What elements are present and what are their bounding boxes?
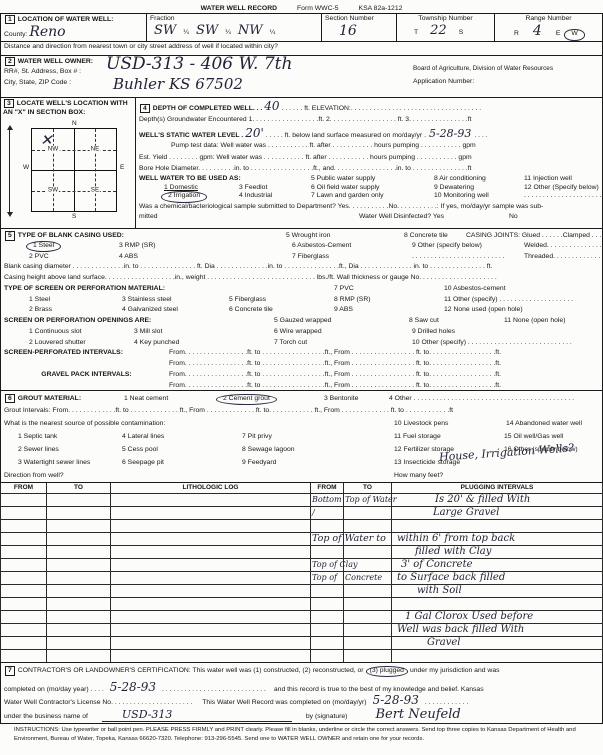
contamination-option: 2 Sewer lines	[18, 446, 122, 454]
owner-title: WATER WELL OWNER:	[18, 58, 93, 65]
business-name-label: under the business name of	[4, 713, 88, 721]
casing-option-steel-circled: 1 Steel	[26, 241, 61, 252]
sample-question-line: Was a chemical/bacteriological sample su…	[139, 202, 602, 214]
grout-title: GROUT MATERIAL:	[18, 395, 81, 402]
ne-quadrant-label: NE	[90, 145, 101, 153]
casing-joints-label: CASING JOINTS: Glued . . . . . .Clamped …	[466, 232, 603, 240]
agency-label: Board of Agriculture, Division of Water …	[413, 65, 553, 73]
table-row: BottomTop of WaterIs 20' & filled With	[1, 494, 603, 507]
section-box-diagram: NW NE SW SE ✕	[31, 128, 117, 212]
section-locator: 3LOCATE WELL'S LOCATION WITH AN "X" IN S…	[1, 98, 136, 228]
section-3-badge: 3	[4, 99, 14, 108]
depth-value: 40	[264, 99, 279, 114]
section-number-cell: Section Number 16	[321, 14, 396, 41]
table-header-row: FROM TO LITHOLOGIC LOG FROM TO PLUGGING …	[1, 483, 603, 494]
contamination-option: 3 Watertight sewer lines	[18, 459, 122, 467]
certification-text: CONTRACTOR'S OR LANDOWNER'S CERTIFICATIO…	[18, 667, 364, 675]
contamination-option: 7 Pit privy	[242, 433, 394, 441]
screen-option: 6 Concrete tile	[229, 306, 334, 314]
form-header: WATER WELL RECORD Form WWC-5 KSA 82a-121…	[0, 0, 603, 14]
se-quadrant-label: SE	[90, 186, 100, 194]
quarter-symbol: ¼	[225, 29, 231, 37]
disinfected-question: Water Well Disinfected? Yes	[359, 213, 509, 221]
section-locate-and-depth: 3LOCATE WELL'S LOCATION WITH AN "X" IN S…	[0, 97, 603, 229]
casing-title: TYPE OF BLANK CASING USED:	[18, 232, 124, 239]
completed-on-label: completed on (mo/day year) . . . .	[4, 686, 104, 694]
table-row: Top of Clay3' of Concrete	[1, 559, 603, 572]
plug-from-value: Top of Clay	[312, 561, 342, 569]
use-option: 6 Oil field water supply	[311, 184, 434, 192]
contamination-option: 15 Oil well/Gas well	[504, 433, 563, 441]
col-from: FROM	[1, 483, 47, 494]
range-e: E	[556, 30, 561, 38]
lithologic-log-table: FROM TO LITHOLOGIC LOG FROM TO PLUGGING …	[0, 482, 603, 663]
casing-option: 5 Wrought iron	[286, 232, 404, 240]
certification-text-cont: under my jurisdiction and was	[410, 667, 500, 675]
owner-city-value: Buhler KS 67502	[113, 75, 243, 94]
use-option: 3 Feedlot	[239, 184, 311, 192]
county-label: County:	[4, 31, 27, 38]
section-7-badge: 7	[5, 666, 15, 675]
use-option: 10 Monitoring well	[434, 192, 524, 200]
screen-option: 7 PVC	[334, 285, 444, 293]
license-number-label: Water Well Contractor's License No. . . …	[4, 699, 192, 707]
plug-interval-value: with Soil	[393, 586, 601, 596]
interval-blanks: From. . . . . . . . . . . . . . . . .ft.…	[169, 371, 501, 379]
static-level-mid: . . . . . ft. below land surface measure…	[266, 132, 426, 140]
range-value: 4	[533, 23, 542, 41]
casing-option: 7 Fiberglass	[292, 253, 412, 261]
contamination-option: 10 Livestock pens	[394, 420, 506, 428]
screen-option: 8 RMP (SR)	[334, 296, 444, 304]
grout-intervals-line: Grout Intervals: From. . . . . . . . . .…	[4, 405, 599, 418]
contamination-option: 9 Feedyard	[242, 459, 394, 467]
quarter-symbol: ¼	[183, 29, 189, 37]
opening-option: 9 Drilled holes	[412, 328, 455, 336]
range-label: Range Number	[525, 15, 571, 22]
use-option: 11 Injection well	[524, 175, 572, 183]
opening-option: 4 Key punched	[134, 339, 274, 347]
screen-option: 9 ABS	[334, 306, 444, 314]
screen-option: 2 Brass	[29, 306, 122, 314]
plug-to-value: Top of Water	[345, 496, 390, 504]
use-option: 9 Dewatering	[434, 184, 524, 192]
township-label: Township Number	[418, 15, 472, 22]
bore-hole-line: Bore Hole Diameter. . . . . . . . . .in.…	[139, 164, 602, 176]
section-number-value: 16	[339, 23, 357, 39]
plug-interval-value: 1 Gal Clorox Used before	[393, 612, 601, 622]
screen-option: 10 Asbestos-cement	[444, 285, 506, 293]
table-row: filled with Clay	[1, 546, 603, 559]
pump-test-line: Pump test data: Well water was . . . . .…	[139, 141, 602, 153]
fraction-3-value: NW	[238, 23, 263, 39]
gravel-pack-label: GRAVEL PACK INTERVALS:	[4, 371, 169, 379]
record-completed-label: This Water Well Record was completed on …	[202, 699, 366, 707]
openings-title: SCREEN OR PERFORATION OPENINGS ARE:	[4, 317, 274, 325]
section-2-badge: 2	[5, 57, 15, 66]
welded-label: Welded. . . . . . . . . . . . . . . . . …	[524, 242, 603, 250]
casing-option: 8 Concrete tile	[404, 232, 466, 240]
plug-interval-value: 3' of Concrete	[393, 560, 601, 570]
east-label: E	[120, 164, 124, 172]
plug-interval-value: to Surface back filled	[393, 573, 601, 583]
disinfected-no: No	[509, 213, 518, 221]
use-option-other-dots: . . . . . . . . . . . . . . . . . . . . …	[524, 192, 602, 200]
one-mile-label: 1 Mile	[0, 156, 1, 173]
col-to-2: TO	[344, 483, 392, 494]
screen-option: 11 Other (specify) . . . . . . . . . . .…	[444, 296, 573, 304]
static-level-trail: . . . .	[474, 132, 487, 140]
range-cell: Range Number R 4 E W	[494, 14, 602, 41]
interval-blanks: From. . . . . . . . . . . . . . . . .ft.…	[169, 349, 501, 357]
owner-city-label: City, State, ZIP Code :	[4, 79, 71, 86]
plug-from-value: Top of Water to	[312, 534, 342, 544]
table-row: with Soil	[1, 585, 603, 598]
x-mark: ✕	[40, 131, 53, 150]
instructions-text: INSTRUCTIONS: Use typewriter or ball poi…	[0, 724, 603, 744]
col-from-2: FROM	[311, 483, 344, 494]
section-1-badge: 1	[5, 15, 15, 24]
casing-option: 2 PVC	[29, 253, 119, 261]
township-t: T	[414, 29, 418, 37]
south-label: S	[72, 213, 76, 221]
dash-line	[53, 129, 54, 211]
fraction-cell: Fraction SW¼ SW¼ NW¼	[146, 14, 321, 41]
section-certification: 7CONTRACTOR'S OR LANDOWNER'S CERTIFICATI…	[0, 662, 603, 724]
col-plugging-intervals: PLUGGING INTERVALS	[392, 483, 603, 494]
opening-option: 2 Louvered shutter	[29, 339, 134, 347]
casing-other-dots: . . . . . . . . . . . . . . . . . . . . …	[412, 253, 524, 261]
threaded-label: Threaded. . . . . . . . . . . . . . . . …	[524, 253, 603, 261]
table-row	[1, 598, 603, 611]
locator-title: LOCATE WELL'S LOCATION WITH AN "X" IN SE…	[3, 100, 128, 116]
use-title: WELL WATER TO BE USED AS:	[139, 175, 311, 183]
plug-interval-value: Large Gravel	[393, 508, 601, 518]
contamination-option: 1 Septic tank	[18, 433, 122, 441]
section-casing: 5TYPE OF BLANK CASING USED:5 Wrought iro…	[0, 228, 603, 391]
form-number: Form WWC-5	[297, 5, 339, 13]
opening-option: 3 Mill slot	[134, 328, 274, 336]
opening-option: 11 None (open hole)	[504, 317, 565, 325]
contamination-option: 6 Seepage pit	[122, 459, 242, 467]
screen-option: 3 Stainless steel	[122, 296, 229, 304]
sample-question-cont: mitted	[139, 213, 359, 221]
plug-from-value: Top of	[312, 574, 342, 582]
section-4-badge: 4	[140, 104, 150, 113]
section-grout: 6GROUT MATERIAL:1 Neat cement2 Cement gr…	[0, 390, 603, 483]
opening-option: 1 Continuous slot	[29, 328, 134, 336]
depth-after: . . . . . . ft. ELEVATION:	[282, 105, 351, 113]
col-to: TO	[47, 483, 111, 494]
owner-value: USD-313 - 406 W. 7th	[106, 54, 292, 75]
use-option: 8 Air conditioning	[434, 175, 524, 183]
table-row: Top of Water towithin 6' from top back	[1, 533, 603, 546]
use-option-irrigation-circled: 2 Irrigation	[161, 191, 207, 202]
opening-option: 8 Saw cut	[409, 317, 504, 325]
location-cell: 1LOCATION OF WATER WELL: County: Reno	[1, 14, 146, 41]
dash-line	[32, 191, 116, 192]
plug-interval-value: filled with Clay	[393, 547, 601, 557]
use-option: 5 Public water supply	[311, 175, 434, 183]
grout-option: 3 Bentonite	[324, 395, 389, 403]
table-row: Top ofConcreteto Surface back filled	[1, 572, 603, 585]
plug-to-value: Concrete	[345, 574, 390, 582]
table-row	[1, 650, 603, 663]
use-option: 12 Other (Specify below)	[524, 184, 599, 192]
opening-option: 10 Other (specify) . . . . . . . . . . .…	[412, 339, 572, 347]
section-number-label: Section Number	[325, 15, 374, 22]
dash-line	[95, 129, 96, 211]
col-lithologic-log: LITHOLOGIC LOG	[111, 483, 311, 494]
static-level-date: 5-28-93	[429, 127, 471, 141]
contamination-option: 14 Abandoned water well	[506, 420, 582, 428]
grout-option: 1 Neat cement	[124, 395, 219, 403]
one-mile-arrow	[9, 130, 10, 212]
table-row: Well was back filled With	[1, 624, 603, 637]
elevation-dots: . . . . . . . . . . . . . . . . . . . . …	[351, 105, 481, 113]
opening-option: 6 Wire wrapped	[274, 328, 412, 336]
casing-option: 6 Asbestos-Cement	[292, 242, 412, 250]
plugged-option-circled: (3) plugged	[366, 666, 408, 676]
grout-option-other: 4 Other . . . . . . . . . . . . . . . . …	[389, 395, 574, 403]
completed-date-value: 5-28-93	[110, 680, 156, 695]
section-owner: 2WATER WELL OWNER: RR#, St. Address, Box…	[0, 55, 603, 98]
casing-height-line: Casing height above land surface. . . . …	[4, 273, 599, 284]
direction-question: Direction from well?	[4, 472, 394, 480]
form-statute: KSA 82a-1212	[359, 5, 403, 13]
contamination-question: What is the nearest source of possible c…	[4, 420, 394, 428]
static-level-value: 20'	[245, 126, 264, 141]
north-label: N	[72, 120, 77, 128]
contamination-option: 4 Lateral lines	[122, 433, 242, 441]
fraction-2-value: SW	[196, 23, 218, 39]
township-cell: Township Number T 22 S	[396, 14, 494, 41]
casing-option: 4 ABS	[119, 253, 292, 261]
plug-interval-value: Gravel	[393, 638, 601, 648]
county-value: Reno	[29, 24, 65, 40]
contamination-option: 5 Cess pool	[122, 446, 242, 454]
table-row: Gravel	[1, 637, 603, 650]
sw-quadrant-label: SW	[47, 186, 59, 194]
table-row: 1 Gal Clorox Used before	[1, 611, 603, 624]
application-number-label: Application Number:	[413, 78, 474, 86]
fraction-label: Fraction	[150, 15, 175, 22]
distance-question: Distance and direction from nearest town…	[1, 41, 602, 55]
screen-option: 5 Fiberglass	[229, 296, 334, 304]
plug-from-value: Bottom	[312, 496, 342, 504]
casing-option: 9 Other (specify below)	[412, 242, 524, 250]
casing-diameter-line: Blank casing diameter . . . . . . . . . …	[4, 262, 599, 273]
range-r: R	[514, 30, 519, 38]
est-yield-line: Est. Yield . . . . . . . . gpm: Well wat…	[139, 152, 602, 164]
business-name-value: USD-313	[102, 708, 173, 721]
range-w-circled: W	[564, 29, 584, 40]
township-s: S	[459, 29, 464, 37]
location-title: LOCATION OF WATER WELL:	[18, 16, 114, 23]
use-option: 4 Industrial	[239, 192, 311, 200]
plug-from-value: /	[312, 509, 342, 517]
static-level-label: WELL'S STATIC WATER LEVEL .	[139, 132, 243, 140]
plug-interval-value: Is 20' & filled With	[393, 495, 601, 505]
table-row	[1, 520, 603, 533]
use-option: 7 Lawn and garden only	[311, 192, 434, 200]
section-box-hline	[32, 170, 116, 171]
section-6-badge: 6	[5, 394, 15, 403]
section-location: 1LOCATION OF WATER WELL: County: Reno Fr…	[0, 13, 603, 56]
section-5-badge: 5	[5, 231, 15, 240]
interval-blanks: From. . . . . . . . . . . . . . . . .ft.…	[169, 360, 501, 368]
plug-interval-value: within 6' from top back	[393, 534, 601, 544]
opening-option: 7 Torch cut	[274, 339, 412, 347]
how-many-feet-question: How many feet?	[394, 472, 443, 480]
water-well-record-form: WATER WELL RECORD Form WWC-5 KSA 82a-121…	[0, 0, 603, 755]
screen-option: 1 Steel	[29, 296, 122, 304]
opening-option: 5 Gauzed wrapped	[274, 317, 409, 325]
screen-material-title: TYPE OF SCREEN OR PERFORATION MATERIAL:	[4, 285, 334, 293]
owner-address-label: RR#, St. Address, Box # :	[4, 68, 81, 75]
contamination-option: 11 Fuel storage	[394, 433, 504, 441]
groundwater-line: Depth(s) Groundwater Encountered 1. . . …	[139, 114, 602, 126]
fraction-1-value: SW	[154, 23, 176, 39]
form-title: WATER WELL RECORD	[201, 5, 277, 13]
contamination-option: 8 Sewage lagoon	[242, 446, 394, 454]
west-label: W	[23, 164, 29, 172]
screen-option: 4 Galvanized steel	[122, 306, 229, 314]
screen-intervals-label: SCREEN-PERFORATED INTERVALS:	[4, 349, 169, 357]
table-row: /Large Gravel	[1, 507, 603, 520]
grout-option-cement-circled: 2 Cement grout	[216, 394, 277, 405]
casing-option: 3 RMP (SR)	[119, 242, 292, 250]
plug-interval-value: Well was back filled With	[393, 625, 601, 635]
interval-blanks: From. . . . . . . . . . . . . . . . .ft.…	[169, 382, 501, 390]
depth-label: DEPTH OF COMPLETED WELL. . .	[153, 105, 263, 113]
signature-value: Bert Neufeld	[357, 707, 460, 722]
quarter-symbol: ¼	[270, 29, 276, 37]
screen-option: 12 None used (open hole)	[444, 306, 523, 314]
signature-label: by (signature)	[306, 713, 348, 721]
section-depth: 4DEPTH OF COMPLETED WELL. . .40. . . . .…	[136, 98, 602, 228]
dots: . . . . . . . . . . . . . . . . . . . . …	[162, 686, 266, 694]
township-value: 22	[430, 23, 447, 39]
